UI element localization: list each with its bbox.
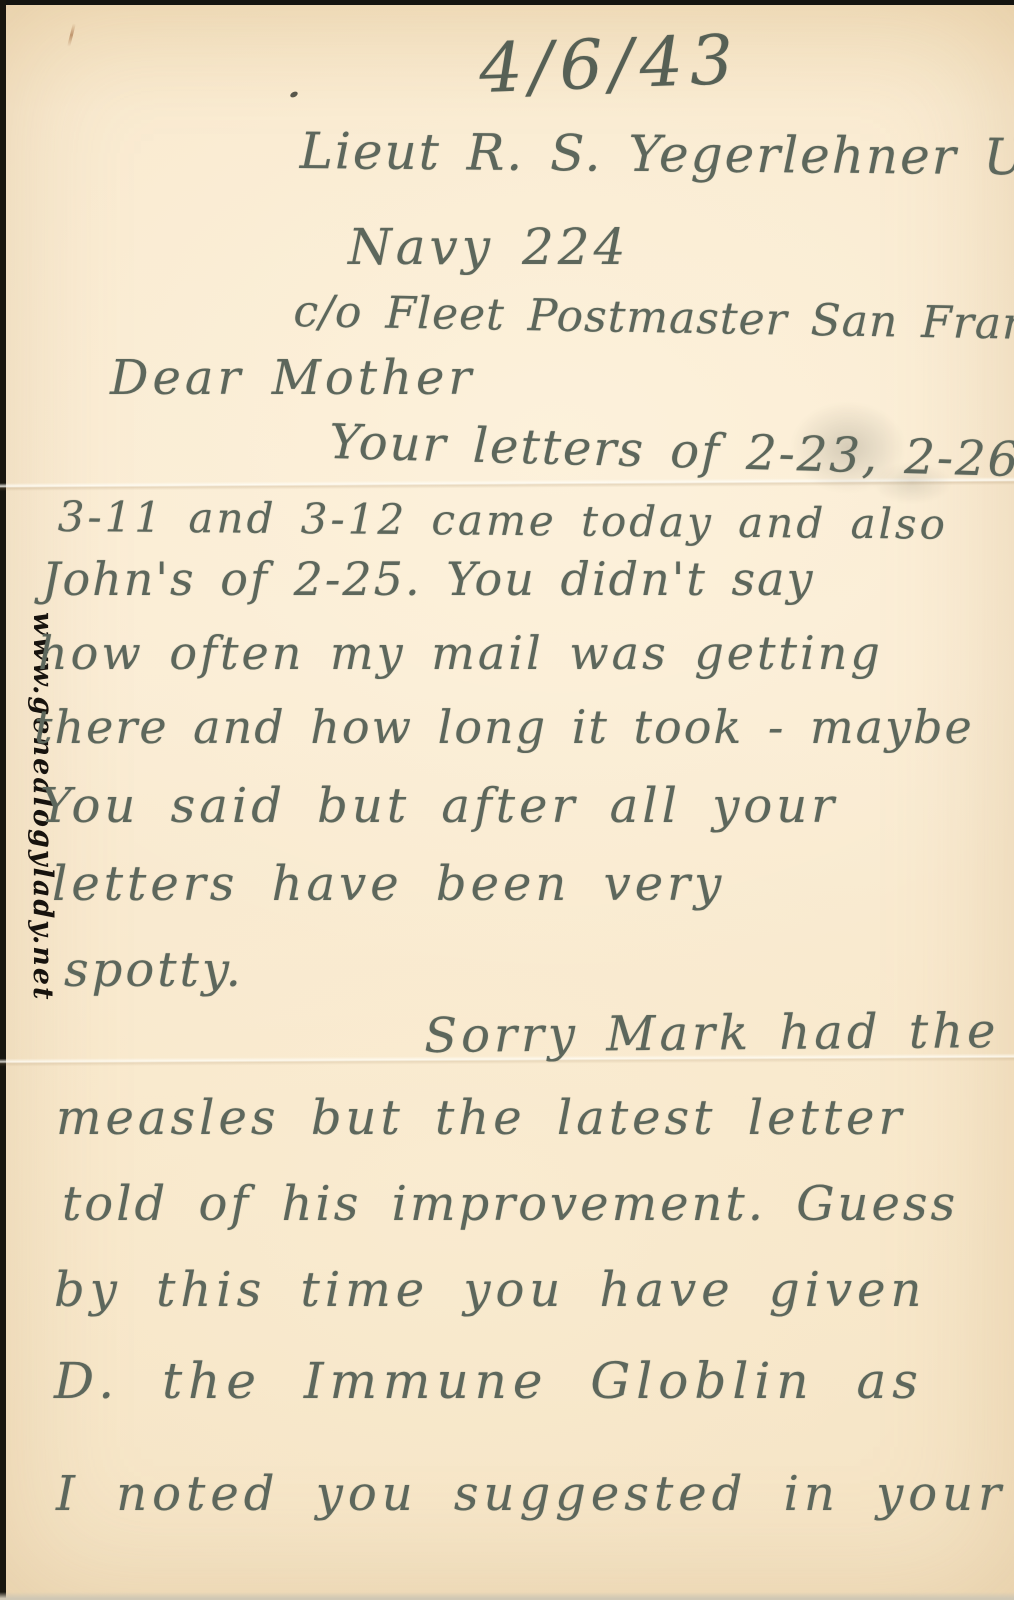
body-line: I noted you suggested in your	[56, 1466, 1006, 1522]
sender-line: Lieut R. S. Yegerlehner USNR	[299, 122, 1014, 187]
body-line: 3-11 and 3-12 came today and also	[58, 492, 949, 549]
scan-edge-left	[0, 0, 6, 1600]
body-line: You said but after all your	[40, 778, 838, 834]
body-line: Sorry Mark had the	[424, 1003, 1000, 1064]
address-line-1: Navy 224	[348, 218, 629, 276]
body-line: letters have been very	[52, 856, 725, 912]
date-line: 4/6/43	[478, 21, 741, 109]
body-line: D. the Immune Globlin as	[54, 1352, 924, 1410]
body-line: there and how long it took - maybe	[34, 700, 974, 754]
paper-scratch	[67, 23, 76, 47]
scan-edge-bottom	[0, 1592, 1014, 1600]
scanned-letter-page: www.genealogylady.net 4/6/43 Lieut R. S.…	[0, 0, 1014, 1600]
scan-edge-top	[0, 0, 1014, 5]
address-line-2: c/o Fleet Postmaster San Fran	[293, 286, 1014, 350]
body-line: Your letters of 2-23, 2-26	[329, 414, 1014, 488]
salutation-line: Dear Mother	[110, 350, 475, 406]
body-line: told of his improvement. Guess	[62, 1176, 958, 1232]
ink-speck	[289, 90, 298, 98]
body-line: John's of 2-25. You didn't say	[42, 552, 815, 606]
body-line: how often my mail was getting	[38, 626, 883, 680]
body-line: by this time you have given	[54, 1262, 926, 1318]
body-line: measles but the latest letter	[56, 1090, 905, 1146]
body-line: spotty.	[64, 942, 244, 998]
